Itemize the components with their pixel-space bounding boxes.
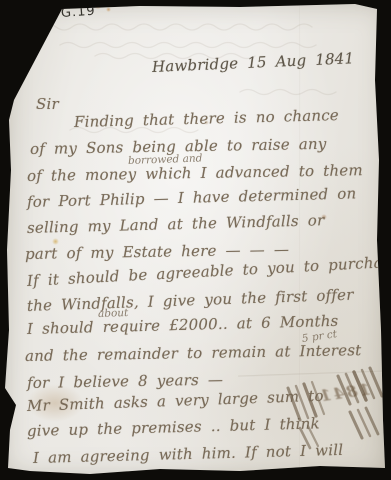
letter-line: I am agreeing with him. If not I will <box>33 441 344 467</box>
letter-line: of the money which I advanced to them <box>27 161 363 185</box>
letter-line: the Windfalls, I give you the first offe… <box>27 286 354 315</box>
letter-line: I should require £2000.. at 6 Months <box>27 312 339 338</box>
interlinear-insertion: about <box>98 307 129 320</box>
letter-line: selling my Land at the Windfalls or <box>27 211 325 237</box>
letter-line: give up the premises .. but I think <box>27 414 320 440</box>
photographed-letter-scene: 1841 L.1/G.19 Hawbridge 15 Aug 1841 Sir … <box>0 0 391 480</box>
letter-line: and the remainder to remain at Interest <box>25 341 362 365</box>
horizontal-crease <box>238 370 388 377</box>
archival-reference-label: L.1/G.19 <box>32 4 96 23</box>
foxing-spot <box>106 7 111 12</box>
postmark-date-ghost: 1841 <box>317 379 372 405</box>
letter-line: for I believe 8 years — <box>27 371 223 392</box>
letter-line: for Port Philip — I have determined on <box>27 184 357 211</box>
letter-page: 1841 L.1/G.19 Hawbridge 15 Aug 1841 Sir … <box>0 0 391 480</box>
letter-salutation: Sir <box>36 95 59 113</box>
letter-dateline: Hawbridge 15 Aug 1841 <box>152 49 355 76</box>
